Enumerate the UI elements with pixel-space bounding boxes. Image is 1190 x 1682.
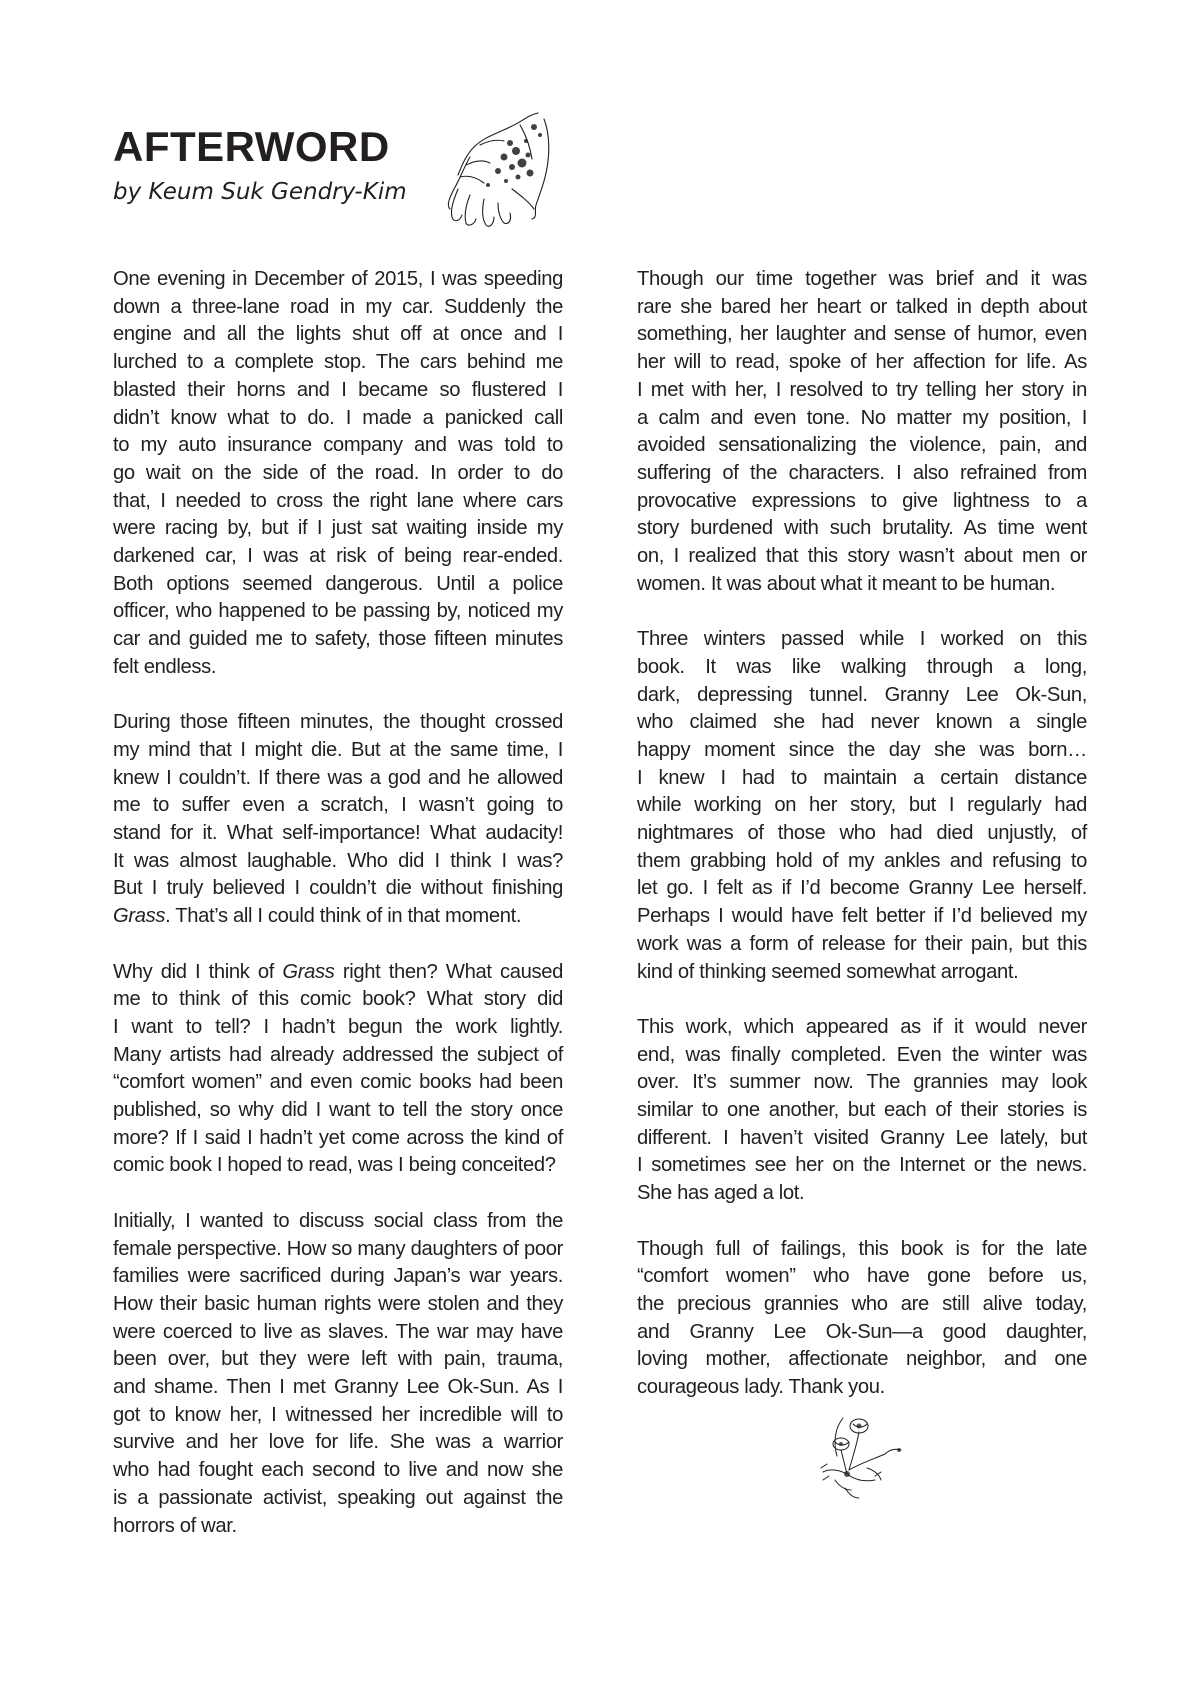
- paragraph: This work, which appeared as if it would…: [637, 1014, 1087, 1208]
- text-fragment: . That’s all I could think of in that mo…: [165, 905, 521, 927]
- text-line: Perhaps I would have felt better if I’d …: [637, 903, 1087, 931]
- text-line: Both options seemed dangerous. Until a p…: [113, 571, 563, 599]
- text-line: How their basic human rights were stolen…: [113, 1291, 563, 1319]
- text-line: stand for it. What self-importance! What…: [113, 820, 563, 848]
- text-line: comic book I hoped to read, was I being …: [113, 1152, 563, 1180]
- text-line: Grass. That’s all I could think of in th…: [113, 903, 563, 931]
- text-line: me to think of this comic book? What sto…: [113, 986, 563, 1014]
- afterword-page: AFTERWORD by Keum Suk Gendry-Kim: [0, 0, 1190, 1682]
- paragraph: Initially, I wanted to discuss social cl…: [113, 1208, 563, 1540]
- text-line: During those fifteen minutes, the though…: [113, 709, 563, 737]
- text-line: dark, depressing tunnel. Granny Lee Ok-S…: [637, 682, 1087, 710]
- paragraph: Three winters passed while I worked on t…: [637, 626, 1087, 986]
- text-line: similar to one another, but each of thei…: [637, 1097, 1087, 1125]
- paragraph: Though our time together was brief and i…: [637, 266, 1087, 598]
- text-line: knew I couldn’t. If there was a god and …: [113, 765, 563, 793]
- text-line: let go. I felt as if I’d become Granny L…: [637, 875, 1087, 903]
- text-line: engine and all the lights shut off at on…: [113, 321, 563, 349]
- text-line: who had fought each second to live and n…: [113, 1457, 563, 1485]
- text-line: more? If I said I hadn’t yet come across…: [113, 1125, 563, 1153]
- text-line: and Granny Lee Ok-Sun—a good daughter,: [637, 1319, 1087, 1347]
- text-line: go wait on the side of the road. In orde…: [113, 460, 563, 488]
- text-line: courageous lady. Thank you.: [637, 1374, 1087, 1402]
- hand-sketch-icon: [440, 105, 560, 230]
- text-line: over. It’s summer now. The grannies may …: [637, 1069, 1087, 1097]
- text-line: Three winters passed while I worked on t…: [637, 626, 1087, 654]
- text-line: “comfort women” and even comic books had…: [113, 1069, 563, 1097]
- author-byline: by Keum Suk Gendry-Kim: [113, 177, 407, 207]
- text-line: This work, which appeared as if it would…: [637, 1014, 1087, 1042]
- text-line: who claimed she had never known a single: [637, 709, 1087, 737]
- text-line: She has aged a lot.: [637, 1180, 1087, 1208]
- text-line: rare she bared her heart or talked in de…: [637, 294, 1087, 322]
- text-line: her will to read, spoke of her affection…: [637, 349, 1087, 377]
- text-line: officer, who happened to be passing by, …: [113, 598, 563, 626]
- text-fragment: right then? What caused: [334, 961, 563, 983]
- book-title-italic: Grass: [113, 905, 165, 927]
- text-line: loving mother, affectionate neighbor, an…: [637, 1346, 1087, 1374]
- text-line: But I truly believed I couldn’t die with…: [113, 875, 563, 903]
- text-line: “comfort women” who have gone before us,: [637, 1263, 1087, 1291]
- text-line: I met with her, I resolved to try tellin…: [637, 377, 1087, 405]
- text-line: One evening in December of 2015, I was s…: [113, 266, 563, 294]
- text-line: different. I haven’t visited Granny Lee …: [637, 1125, 1087, 1153]
- text-line: female perspective. How so many daughter…: [113, 1236, 563, 1264]
- text-line: felt endless.: [113, 654, 563, 682]
- text-line: I want to tell? I hadn’t begun the work …: [113, 1014, 563, 1042]
- text-line: a calm and even tone. No matter my posit…: [637, 405, 1087, 433]
- text-line: published, so why did I want to tell the…: [113, 1097, 563, 1125]
- text-line: Many artists had already addressed the s…: [113, 1042, 563, 1070]
- text-line: car and guided me to safety, those fifte…: [113, 626, 563, 654]
- text-line: down a three-lane road in my car. Sudden…: [113, 294, 563, 322]
- text-line: were racing by, but if I just sat waitin…: [113, 515, 563, 543]
- text-line: provocative expressions to give lightnes…: [637, 488, 1087, 516]
- text-line: suffering of the characters. I also refr…: [637, 460, 1087, 488]
- text-line: on, I realized that this story wasn’t ab…: [637, 543, 1087, 571]
- text-line: me to suffer even a scratch, I wasn’t go…: [113, 792, 563, 820]
- page-header: AFTERWORD by Keum Suk Gendry-Kim: [113, 125, 407, 207]
- text-line: that, I needed to cross the right lane w…: [113, 488, 563, 516]
- text-line: survive and her love for life. She was a…: [113, 1429, 563, 1457]
- text-line: darkened car, I was at risk of being rea…: [113, 543, 563, 571]
- text-fragment: Why did I think of: [113, 961, 282, 983]
- text-line: story burdened with such brutality. As t…: [637, 515, 1087, 543]
- flower-sketch-icon: [815, 1410, 910, 1500]
- text-line: Initially, I wanted to discuss social cl…: [113, 1208, 563, 1236]
- text-line: didn’t know what to do. I made a panicke…: [113, 405, 563, 433]
- text-line: the precious grannies who are still aliv…: [637, 1291, 1087, 1319]
- paragraph: One evening in December of 2015, I was s…: [113, 266, 563, 682]
- text-line: them grabbing hold of my ankles and refu…: [637, 848, 1087, 876]
- text-line: kind of thinking seemed somewhat arrogan…: [637, 959, 1087, 987]
- text-line: I knew I had to maintain a certain dista…: [637, 765, 1087, 793]
- text-line: and shame. Then I met Granny Lee Ok-Sun.…: [113, 1374, 563, 1402]
- text-line: happy moment since the day she was born…: [637, 737, 1087, 765]
- text-line: is a passionate activist, speaking out a…: [113, 1485, 563, 1513]
- text-column-left: One evening in December of 2015, I was s…: [113, 266, 563, 1568]
- text-line: I sometimes see her on the Internet or t…: [637, 1152, 1087, 1180]
- text-line: my mind that I might die. But at the sam…: [113, 737, 563, 765]
- text-line: Why did I think of Grass right then? Wha…: [113, 959, 563, 987]
- paragraph: Though full of failings, this book is fo…: [637, 1236, 1087, 1402]
- text-line: work was a form of release for their pai…: [637, 931, 1087, 959]
- page-title: AFTERWORD: [113, 125, 407, 169]
- text-line: avoided sensationalizing the violence, p…: [637, 432, 1087, 460]
- text-line: to my auto insurance company and was tol…: [113, 432, 563, 460]
- book-title-italic: Grass: [282, 961, 334, 983]
- text-line: women. It was about what it meant to be …: [637, 571, 1087, 599]
- text-line: Though full of failings, this book is fo…: [637, 1236, 1087, 1264]
- text-line: book. It was like walking through a long…: [637, 654, 1087, 682]
- text-line: blasted their horns and I became so flus…: [113, 377, 563, 405]
- text-line: were coerced to live as slaves. The war …: [113, 1319, 563, 1347]
- text-line: got to know her, I witnessed her incredi…: [113, 1402, 563, 1430]
- text-line: nightmares of those who had died unjustl…: [637, 820, 1087, 848]
- text-line: something, her laughter and sense of hum…: [637, 321, 1087, 349]
- text-line: horrors of war.: [113, 1513, 563, 1541]
- text-line: while working on her story, but I regula…: [637, 792, 1087, 820]
- paragraph: During those fifteen minutes, the though…: [113, 709, 563, 931]
- paragraph: Why did I think of Grass right then? Wha…: [113, 959, 563, 1181]
- text-line: lurched to a complete stop. The cars beh…: [113, 349, 563, 377]
- text-column-right: Though our time together was brief and i…: [637, 266, 1087, 1429]
- text-line: been over, but they were left with pain,…: [113, 1346, 563, 1374]
- text-line: families were sacrificed during Japan’s …: [113, 1263, 563, 1291]
- text-line: It was almost laughable. Who did I think…: [113, 848, 563, 876]
- text-line: end, was finally completed. Even the win…: [637, 1042, 1087, 1070]
- text-line: Though our time together was brief and i…: [637, 266, 1087, 294]
